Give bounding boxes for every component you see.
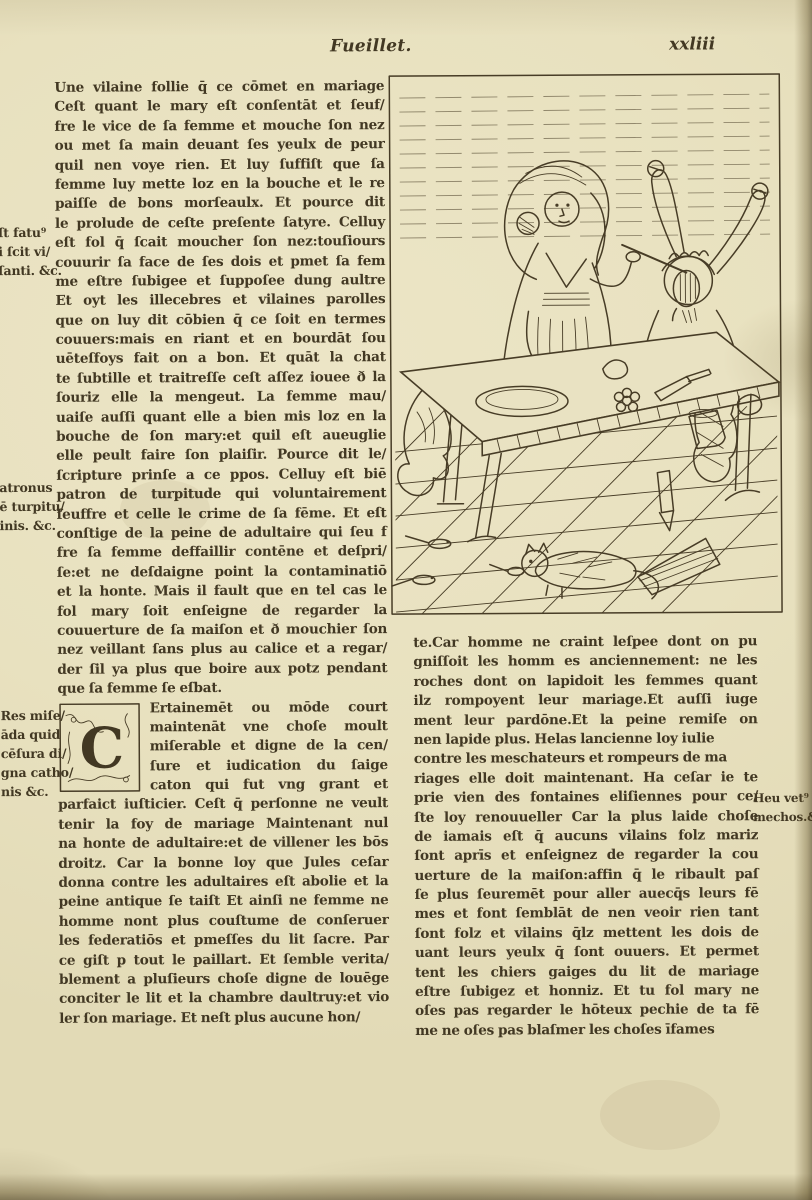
margin-note-line: inis. &c. bbox=[0, 516, 56, 535]
text-line: uēteſfoys fait on a bon. Et quāt la chat bbox=[56, 349, 386, 370]
text-line: riages elle doit maintenant. Ha ceſar ie… bbox=[414, 768, 758, 789]
text-column-right: te.Car homme ne craint leſpee dont on pu… bbox=[413, 632, 759, 1041]
text-line: quil nen voye rien. Et luy ſuffiſt que ſ… bbox=[55, 155, 385, 176]
text-line: ilz rompoyent leur mariage.Et auſſi iuge bbox=[413, 690, 757, 711]
text-line: eſt fol q̄ ſcait moucher ſon nez:touſiou… bbox=[55, 232, 385, 253]
margin-note-left-3: Res miſe/āda quidcēſura di/gna catho/nis… bbox=[1, 706, 57, 801]
text-line: uant leurs yeulx q̄ ſont ouuers. Et perm… bbox=[415, 942, 759, 963]
text-line: tent les chiers gaiges du lit de mariage bbox=[415, 962, 759, 983]
text-line: ſte loy renouueller Car la plus laide ch… bbox=[414, 807, 758, 828]
text-line: ſcripture prinſe a ce ppos. Celluy eſt b… bbox=[56, 465, 386, 486]
margin-note-line: atronus bbox=[0, 478, 55, 497]
text-line: mes et font ſemblāt de nen veoir rien ta… bbox=[415, 904, 759, 925]
text-line: ſe:et ne deſdaigne point la contaminatiō bbox=[57, 562, 387, 583]
text-line: te.Car homme ne craint leſpee dont on pu bbox=[413, 632, 757, 653]
page-surface: Fueillet. xxliii ſt fatu⁹i ſcit vi/ſanti… bbox=[0, 0, 812, 1200]
text-line: roches dont on lapidoit les femmes quant bbox=[413, 671, 757, 692]
text-line: tenir la foy de mariage Maintenant nul bbox=[58, 814, 388, 835]
text-line: elle peult faire ſon plaiſir. Pource dit… bbox=[56, 446, 386, 467]
text-line: conſtige de la peine de adultaire qui ſe… bbox=[57, 523, 387, 544]
text-line: le prolude de ceſte preſente ſatyre. Cel… bbox=[55, 213, 385, 234]
text-line: ou met ſa main deuant ſes yeulx de peur bbox=[55, 135, 385, 156]
margin-note-line: nis &c. bbox=[1, 782, 57, 801]
text-line: nen lapide plus. Helas lancienne loy iul… bbox=[414, 729, 758, 750]
cat bbox=[490, 543, 659, 600]
text-line: patron de turpitude qui voluntairement bbox=[56, 484, 386, 505]
margin-note-line: ſanti. &c. bbox=[0, 261, 54, 280]
text-line: femme luy mette loz en la bouche et le r… bbox=[55, 174, 385, 195]
margin-note-line: āda quid bbox=[1, 725, 57, 744]
text-line: couuers:mais en riant et en bourdāt ſou bbox=[56, 329, 386, 350]
text-line: parfaict iuſticier. Ceſt q̄ perſonne ne … bbox=[58, 795, 388, 816]
text-line: de iamais eſt q̄ aucuns vilains folz mar… bbox=[414, 826, 758, 847]
margin-note-line: mechos.&c. bbox=[753, 808, 812, 827]
text-line: fol mary ſoit enſeigne de regarder la bbox=[57, 601, 387, 622]
woodcut-illustration bbox=[385, 70, 786, 618]
text-line: oſes pas regarder le hōteux pechie de ta… bbox=[415, 1001, 759, 1022]
text-line: gniſſoit les homm es anciennement: ne le… bbox=[413, 652, 757, 673]
text-line: que ſa femme ſe eſbat. bbox=[57, 678, 387, 699]
text-line: fre le vice de ſa femme et mouche ſon ne… bbox=[54, 116, 384, 137]
text-line: ce giſt p tout le paillart. Et ſemble ve… bbox=[59, 950, 389, 971]
paragraph-2: C Ertainemēt ou mōde courtmaintenāt vne … bbox=[58, 698, 390, 1029]
decorated-initial: C bbox=[58, 701, 142, 793]
text-line: fre ſa femme deffaillir contēne et deſpr… bbox=[57, 542, 387, 563]
text-line: uerture de la maiſon:affin q̄ le ribault… bbox=[414, 865, 758, 886]
text-line: contre les meschateurs et rompeurs de ma bbox=[414, 749, 758, 770]
margin-note-line: ē turpitu/ bbox=[0, 497, 56, 516]
text-column-left: Une vilaine follie q̄ ce cōmet en mariag… bbox=[54, 77, 389, 1029]
drop-cap-letter: C bbox=[79, 715, 124, 781]
text-line: droitz. Car la bonne loy que Jules ceſar bbox=[58, 853, 388, 874]
text-line: eſtre ſubigez et honniz. Et tu fol mary … bbox=[415, 981, 759, 1002]
paragraph-1: Une vilaine follie q̄ ce cōmet en mariag… bbox=[54, 77, 387, 699]
margin-note-left-2: atronusē turpitu/inis. &c. bbox=[0, 478, 56, 535]
text-line: que on luy dit cōbien q̄ ce ſoit en term… bbox=[55, 310, 385, 331]
margin-note-line: i ſcit vi/ bbox=[0, 242, 54, 261]
margin-note-line: cēſura di/ bbox=[1, 744, 57, 763]
margin-note-right: Heu vet⁹ inmechos.&c. bbox=[753, 789, 812, 827]
folio-number: xxliii bbox=[669, 34, 715, 54]
text-line: donna contre les adultaires eſt abolie e… bbox=[58, 872, 388, 893]
text-line: me ne oſes pas blaſmer les choſes īfames bbox=[415, 1020, 759, 1041]
text-line: Ceſt quant le mary eſt conſentāt et ſeuf… bbox=[54, 96, 384, 117]
text-line: te ſubtille et traitreſſe ceſt aſſez iou… bbox=[56, 368, 386, 389]
text-line: nez veillant ſans plus au calice et a re… bbox=[57, 639, 387, 660]
text-line: ſe plus ſeuremēt pour aller auecq̄s leur… bbox=[414, 884, 758, 905]
text-line: me eſtre ſubigee et ſuppoſee dung aultre bbox=[55, 271, 385, 292]
margin-note-line: gna catho/ bbox=[1, 763, 57, 782]
text-line: Et oyt les illecebres et vilaines paroll… bbox=[55, 290, 385, 311]
text-line: paiſſe de bons morſeaulx. Et pource dit bbox=[55, 193, 385, 214]
text-line: ſont folz et vilains q̄lz mettent les do… bbox=[415, 923, 759, 944]
text-line: bouche de ſon mary:et quil eſt aueuglie bbox=[56, 426, 386, 447]
text-line: uaiſe auſſi quant elle a bien mis loz en… bbox=[56, 407, 386, 428]
text-line: der ſil ya plus que boire aux potz penda… bbox=[57, 659, 387, 680]
text-line: blement a pluſieurs choſe digne de louēg… bbox=[59, 969, 389, 990]
text-line: et la honte. Mais il fault que en tel ca… bbox=[57, 581, 387, 602]
text-line: les federatiōs et pmeſſes du lit ſacre. … bbox=[59, 930, 389, 951]
text-line: ſeuffre et celle le crime de ſa fēme. Et… bbox=[57, 504, 387, 525]
margin-note-left-1: ſt fatu⁹i ſcit vi/ſanti. &c. bbox=[0, 223, 54, 280]
margin-note-line: ſt fatu⁹ bbox=[0, 223, 54, 242]
text-line: na honte de adultaire:et de villener les… bbox=[58, 833, 388, 854]
running-title: Fueillet. bbox=[330, 36, 412, 56]
text-line: homme nont plus couſtume de conſeruer bbox=[59, 911, 389, 932]
cup bbox=[689, 409, 725, 448]
margin-note-line: Heu vet⁹ in bbox=[753, 789, 812, 808]
text-line: prie vien des fontaines eliſiennes pour … bbox=[414, 787, 758, 808]
text-line: ſouriz elle la mengeut. La femme mau/ bbox=[56, 387, 386, 408]
margin-note-line: Res miſe/ bbox=[1, 706, 57, 725]
text-line: couuerture de ſa maiſon et ð mouchier ſo… bbox=[57, 620, 387, 641]
text-line: Une vilaine follie q̄ ce cōmet en mariag… bbox=[54, 77, 384, 98]
text-line: ſont aprīs et enſeignez de regarder la c… bbox=[414, 845, 758, 866]
text-line: peine antique ſe taiſt Et ainſi ne femme… bbox=[59, 892, 389, 913]
text-line: conciter le lit et la chambre daultruy:e… bbox=[59, 988, 389, 1009]
text-line: ment leur pardōne.Et la peine remiſe on bbox=[414, 710, 758, 731]
text-line: ler ſon mariage. Et neſt plus aucune hon… bbox=[59, 1008, 389, 1029]
text-line: couurir ſa face de ſes dois et pmet ſa f… bbox=[55, 252, 385, 273]
